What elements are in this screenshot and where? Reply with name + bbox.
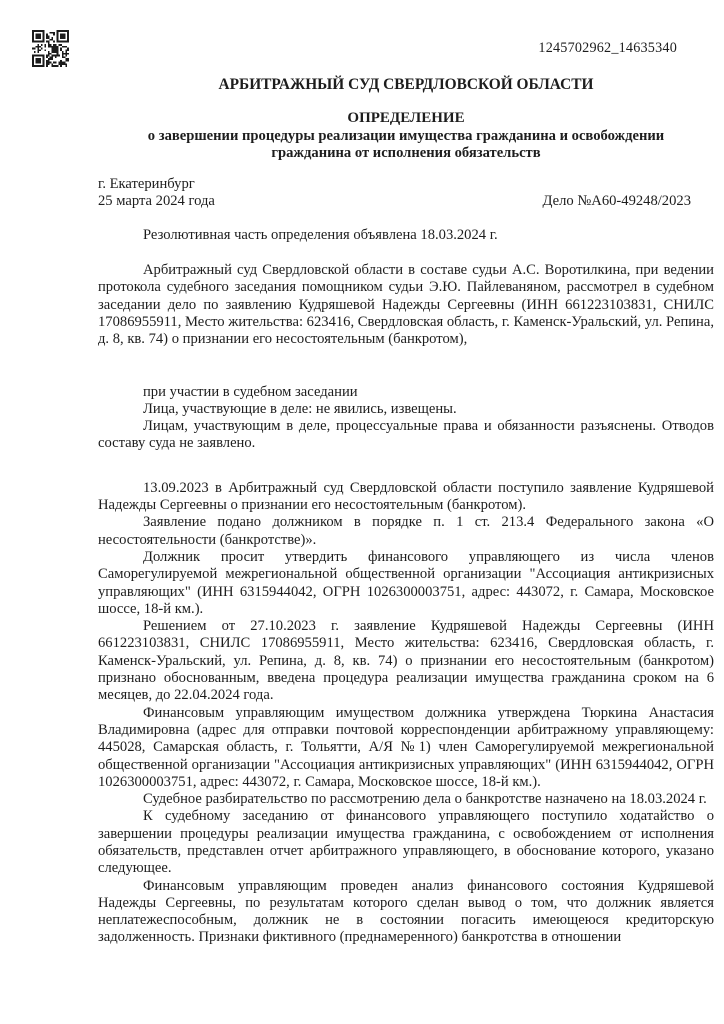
document-body: АРБИТРАЖНЫЙ СУД СВЕРДЛОВСКОЙ ОБЛАСТИ ОПР… bbox=[98, 0, 714, 947]
body-paragraph: Заявление подано должником в порядке п. … bbox=[98, 514, 714, 549]
court-name-title: АРБИТРАЖНЫЙ СУД СВЕРДЛОВСКОЙ ОБЛАСТИ bbox=[98, 76, 714, 93]
document-date: 25 марта 2024 года bbox=[98, 193, 215, 210]
body-paragraph: 13.09.2023 в Арбитражный суд Свердловско… bbox=[98, 480, 714, 515]
court-composition-paragraph: Арбитражный суд Свердловской области в с… bbox=[98, 262, 714, 348]
body-paragraph: Финансовым управляющим проведен анализ ф… bbox=[98, 878, 714, 947]
document-type-title: ОПРЕДЕЛЕНИЕ bbox=[98, 110, 714, 127]
resolution-announcement: Резолютивная часть определения объявлена… bbox=[98, 227, 714, 244]
qr-code-icon bbox=[32, 30, 69, 67]
procedural-rights-line: Лицам, участвующим в деле, процессуальны… bbox=[98, 418, 714, 453]
body-paragraph: Судебное разбирательство по рассмотрению… bbox=[98, 791, 714, 808]
participation-block: при участии в судебном заседании Лица, у… bbox=[98, 384, 714, 453]
case-number: Дело №А60-49248/2023 bbox=[543, 193, 691, 210]
participation-line: при участии в судебном заседании bbox=[98, 384, 714, 401]
persons-appeared-line: Лица, участвующие в деле: не явились, из… bbox=[98, 401, 714, 418]
body-paragraph: Решением от 27.10.2023 г. заявление Кудр… bbox=[98, 618, 714, 704]
court-ruling-document-page: 1245702962_14635340 АРБИТРАЖНЫЙ СУД СВЕР… bbox=[0, 0, 724, 1024]
city-label: г. Екатеринбург bbox=[98, 176, 714, 193]
findings-block: 13.09.2023 в Арбитражный суд Свердловско… bbox=[98, 480, 714, 947]
body-paragraph: Финансовым управляющим имуществом должни… bbox=[98, 705, 714, 791]
case-meta: г. Екатеринбург 25 марта 2024 года Дело … bbox=[98, 176, 714, 211]
body-paragraph: Должник просит утвердить финансового упр… bbox=[98, 549, 714, 618]
body-paragraph: К судебному заседанию от финансового упр… bbox=[98, 808, 714, 877]
document-subtitle: о завершении процедуры реализации имущес… bbox=[134, 128, 679, 163]
